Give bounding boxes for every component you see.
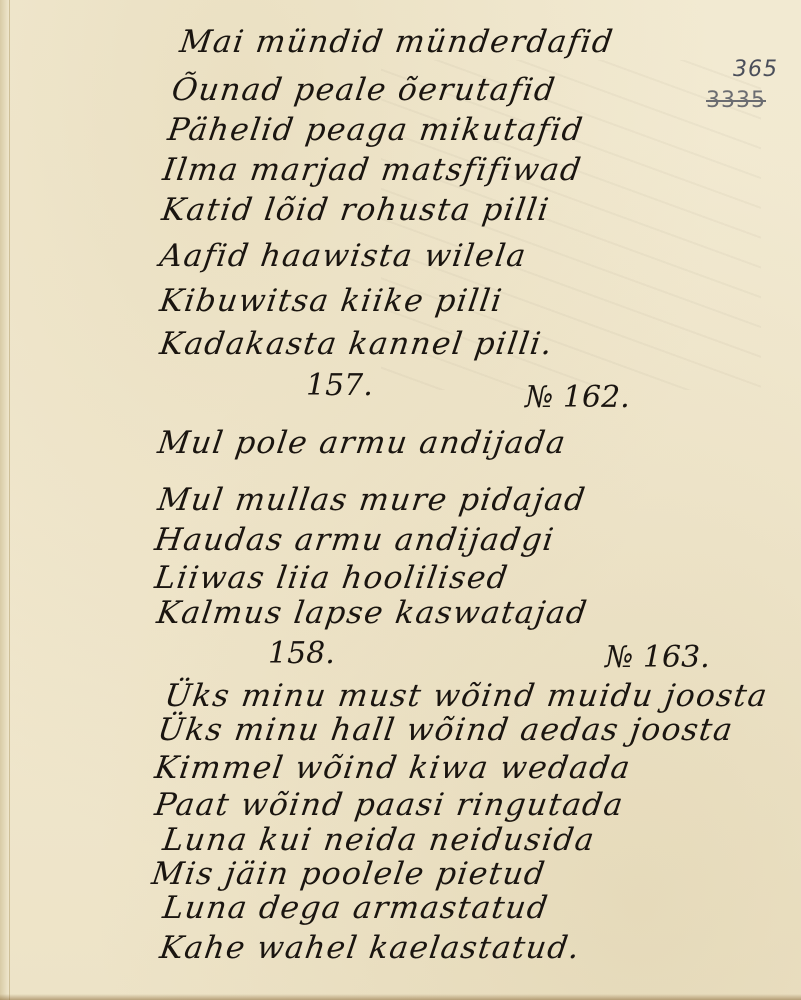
verse-line: Õunad peale õerutafid (169, 72, 558, 108)
verse-line: Katid lõid rohusta pilli (159, 192, 552, 228)
catalog-number: 365 (733, 57, 778, 82)
verse-line: Üks minu hall wõind aedas joosta (155, 712, 735, 748)
verse-line: Ilma marjad matsfifiwad (160, 152, 584, 188)
verse-line: Liiwas liia hoolilised (152, 560, 510, 596)
song-number: № 162. (525, 380, 630, 415)
verse-line: Haudas armu andijadgi (152, 522, 557, 558)
verse-line: Kadakasta kannel pilli. (157, 326, 555, 362)
verse-line: Mul mullas mure pidajad (155, 482, 588, 518)
verse-line: Pähelid peaga mikutafid (165, 112, 585, 148)
verse-line: Kimmel wõind kiwa wedada (152, 750, 633, 786)
manuscript-page: 365 3335 Mai mündid münderdafid Õunad pe… (0, 0, 801, 1000)
verse-line: Mul pole armu andijada (155, 425, 568, 461)
verse-number: 157. (306, 368, 373, 403)
verse-line: Luna dega armastatud (160, 890, 551, 926)
verse-line: Luna kui neida neidusida (160, 822, 597, 858)
verse-line: Kahe wahel kaelastatud. (157, 930, 582, 966)
verse-line: Paat wõind paasi ringutada (152, 787, 626, 823)
verse-line: Mai mündid münderdafid (177, 24, 616, 60)
verse-line: Kibuwitsa kiike pilli (157, 283, 505, 319)
verse-line: Aafid haawista wilela (157, 238, 529, 274)
page-binding-edge (0, 0, 10, 1000)
verse-line: Mis jäin poolele pietud (149, 856, 548, 892)
song-number: № 163. (605, 640, 710, 675)
verse-line: Üks minu must wõind muidu joosta (162, 678, 770, 714)
verse-number: 158. (268, 636, 335, 671)
page-bottom-edge (0, 994, 801, 1000)
verse-line: Kalmus lapse kaswatajad (154, 595, 590, 631)
catalog-number-struck: 3335 (706, 88, 766, 113)
